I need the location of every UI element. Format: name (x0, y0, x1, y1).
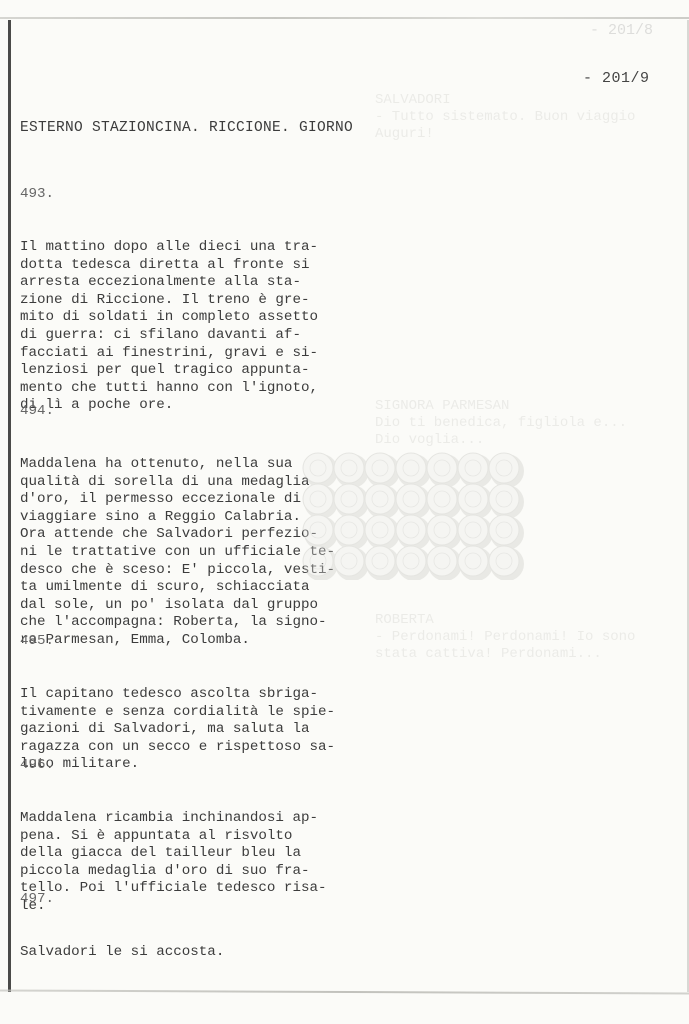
scene-number: 493. (20, 186, 360, 204)
scene-497: 497. Salvadori le si accosta. (20, 856, 360, 997)
document-page: SALVADORI - Tutto sistemato. Buon viaggi… (0, 0, 689, 1024)
bleed-through-text: ROBERTA - Perdonami! Perdonami! Io sono … (375, 612, 635, 663)
binding-edge (8, 20, 11, 992)
page-number: - 201/9 (583, 70, 650, 87)
scene-number: 497. (20, 891, 360, 909)
scene-number: 495. (20, 633, 360, 651)
bleed-through-text: SIGNORA PARMESAN Dio ti benedica, figlio… (375, 398, 627, 449)
watermark-stamp (300, 452, 530, 580)
bleed-through-text: SALVADORI - Tutto sistemato. Buon viaggi… (375, 92, 635, 143)
scene-number: 496. (20, 757, 360, 775)
scene-number: 494. (20, 403, 360, 421)
page-top-edge (0, 17, 689, 19)
scene-heading: ESTERNO STAZIONCINA. RICCIONE. GIORNO (20, 120, 353, 136)
scene-text: Salvadori le si accosta. (20, 944, 360, 962)
page-number-ghost: - 201/8 (590, 22, 653, 39)
